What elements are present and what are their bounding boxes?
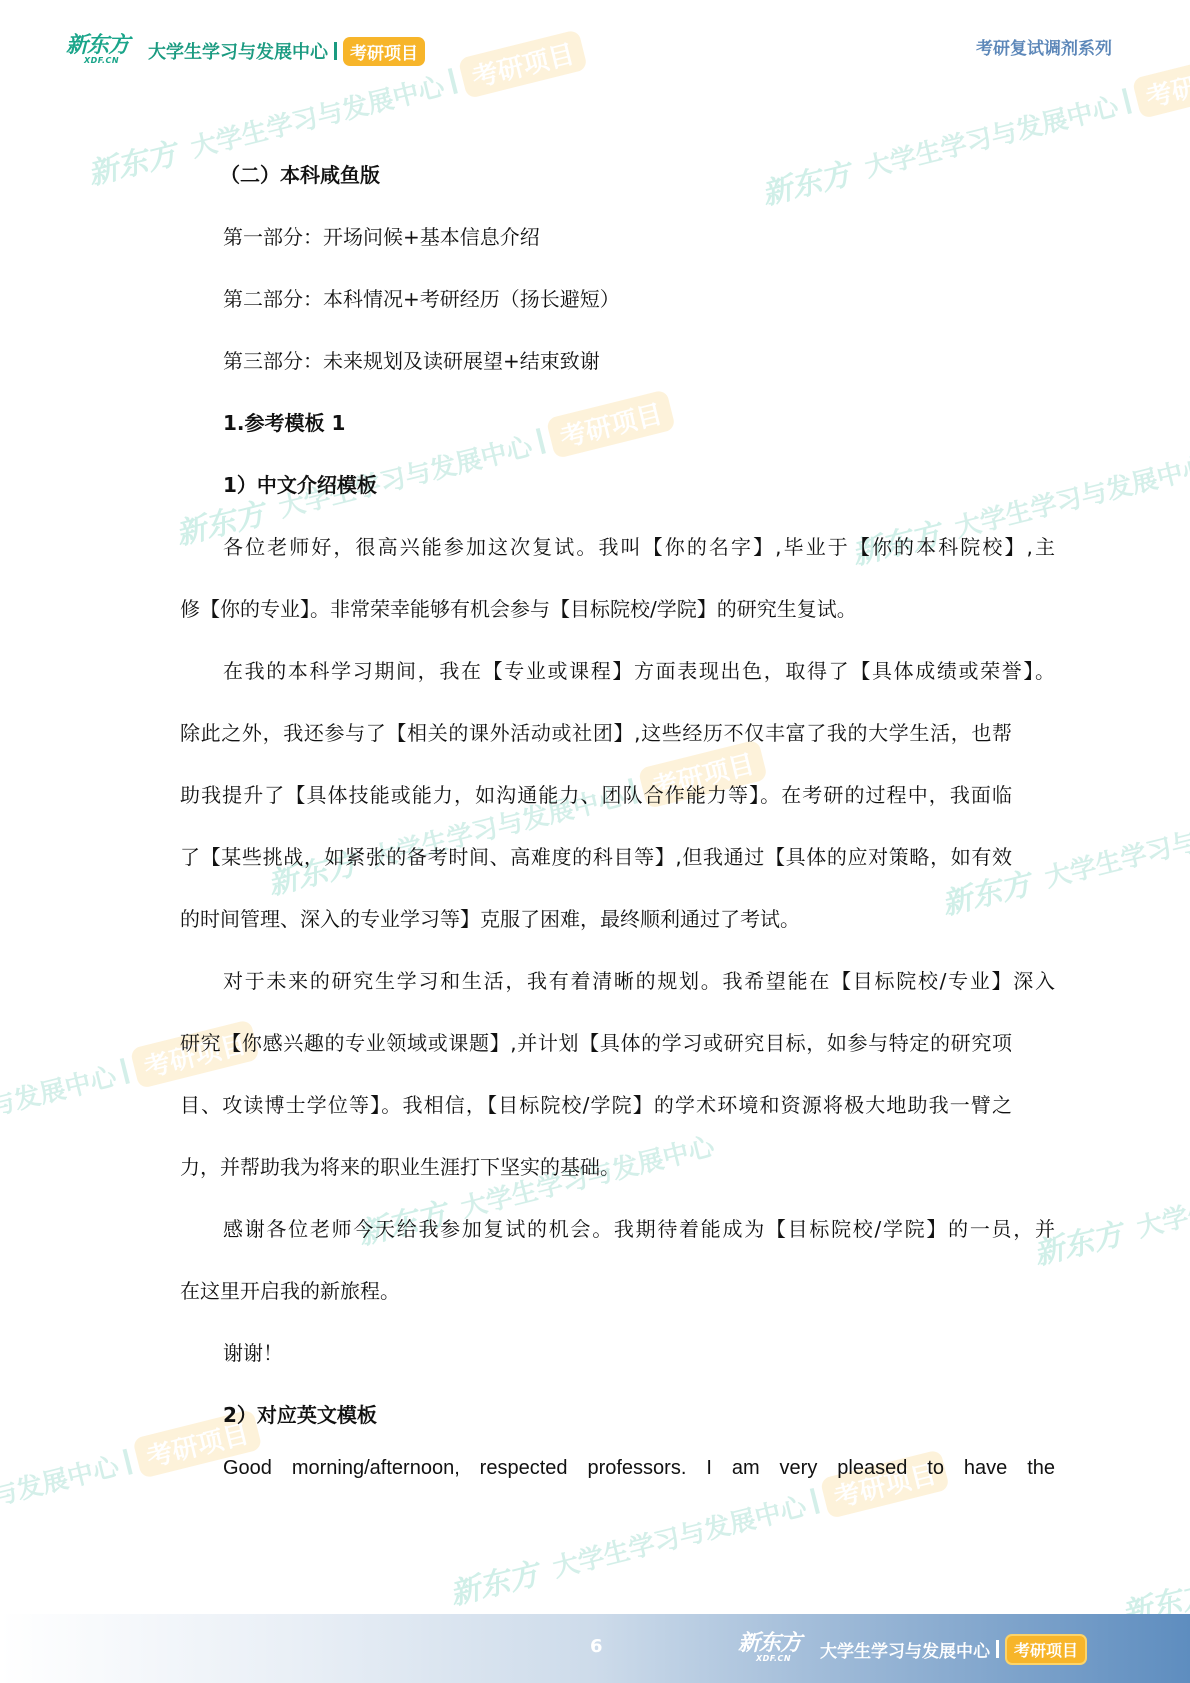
watermark-divider [120,1058,130,1084]
watermark-logo-icon: 新东方 [83,129,181,193]
paragraph-line: 除此之外，我还参与了【相关的课外活动或社团】,这些经历不仅丰富了我的大学生活，也… [180,718,1012,748]
paragraph-line: 各位老师好，很高兴能参加这次复试。我叫【你的名字】,毕业于【你的本科院校】,主 [180,532,1055,562]
center-name: 大学生学习与发展中心 [148,38,328,64]
paragraph-line: 对于未来的研究生学习和生活，我有着清晰的规划。我希望能在【目标院校/专业】深入 [180,966,1055,996]
project-badge: 考研项目 [343,37,425,66]
watermark-text: 大学生学习与发展中心 [548,1486,809,1585]
watermark-divider [1122,88,1132,114]
watermark-divider [810,1488,820,1514]
paragraph-line: 助我提升了【具体技能或能力，如沟通能力、团队合作能力等】。在考研的过程中，我面临 [180,780,1012,810]
paragraph-line: 感谢各位老师今天给我参加复试的机会。我期待着能成为【目标院校/学院】的一员，并 [180,1214,1055,1244]
watermark: 新东方 大学生学习与发展中心 [1029,1142,1190,1273]
paragraph-line: 研究【你感兴趣的专业领域或课题】,并计划【具体的学习或研究目标，如参与特定的研究… [180,1028,1012,1058]
paragraph-line: 在这里开启我的新旅程。 [180,1276,1012,1306]
paragraph-line: 的时间管理、深入的专业学习等】克服了困难，最终顺利通过了考试。 [180,904,1012,934]
footer-brand: 新东方 XDF.CN 大学生学习与发展中心 考研项目 [738,1632,1087,1666]
template-heading: 1.参考模板 1 [180,408,1055,438]
xdf-logo: 新东方 XDF.CN [66,34,138,68]
series-title: 考研复试调剂系列 [976,34,1112,59]
watermark-divider [122,1448,132,1474]
paragraph-line: 力，并帮助我为将来的职业生涯打下坚实的基础。 [180,1152,1012,1182]
chinese-template-heading: 1）中文介绍模板 [180,470,1055,500]
watermark: 新东方 大学生学习与发展中心 考研项目 [263,737,769,903]
logo-en-text: XDF.CN [756,1654,791,1663]
thanks-text: 谢谢！ [180,1338,1055,1368]
paragraph-line: 修【你的专业】。非常荣幸能够有机会参与【目标院校/学院】的研究生复试。 [180,594,1012,624]
watermark-text: 大学生学习与发展中心 [1040,796,1190,895]
project-badge: 考研项目 [1005,1634,1087,1665]
section-title: （二）本科咸鱼版 [180,160,1052,190]
page-footer: 6 新东方 XDF.CN 大学生学习与发展中心 考研项目 [0,1614,1190,1683]
logo-en-text: XDF.CN [84,56,119,65]
header-brand: 新东方 XDF.CN 大学生学习与发展中心 考研项目 [66,34,425,68]
divider [996,1640,999,1658]
watermark-text: 大学生学习与发展中心 [1132,1146,1190,1245]
paragraph-line: 目、攻读博士学位等】。我相信，【目标院校/学院】的学术环境和资源将极大地助我一臂… [180,1090,1012,1120]
watermark-logo-icon: 新东方 [445,1549,543,1613]
logo-cn-text: 新东方 [738,1632,810,1656]
english-paragraph-line: Good morning/afternoon, respected profes… [180,1453,1055,1483]
outline-part-3: 第三部分：未来规划及读研展望+结束致谢 [180,346,1055,376]
outline-part-1: 第一部分：开场问候+基本信息介绍 [180,222,1055,252]
page-number: 6 [590,1636,603,1657]
watermark-text: 大学生学习与发展中心 [0,1446,122,1545]
english-template-heading: 2）对应英文模板 [180,1400,1055,1430]
logo-cn-text: 新东方 [66,34,138,58]
outline-part-2: 第二部分：本科情况+考研经历（扬长避短） [180,284,1055,314]
paragraph-line: 在我的本科学习期间，我在【专业或课程】方面表现出色，取得了【具体成绩或荣誉】。 [180,656,1055,686]
xdf-logo: 新东方 XDF.CN [738,1632,810,1666]
center-name: 大学生学习与发展中心 [820,1637,990,1662]
watermark-text: 大学生学习与发展中心 [0,1056,120,1155]
page-header: 新东方 XDF.CN 大学生学习与发展中心 考研项目 考研复试调剂系列 [0,0,1190,90]
paragraph-line: 了【某些挑战，如紧张的备考时间、高难度的科目等】,但我通过【具体的应对策略，如有… [180,842,1012,872]
divider [334,42,337,60]
